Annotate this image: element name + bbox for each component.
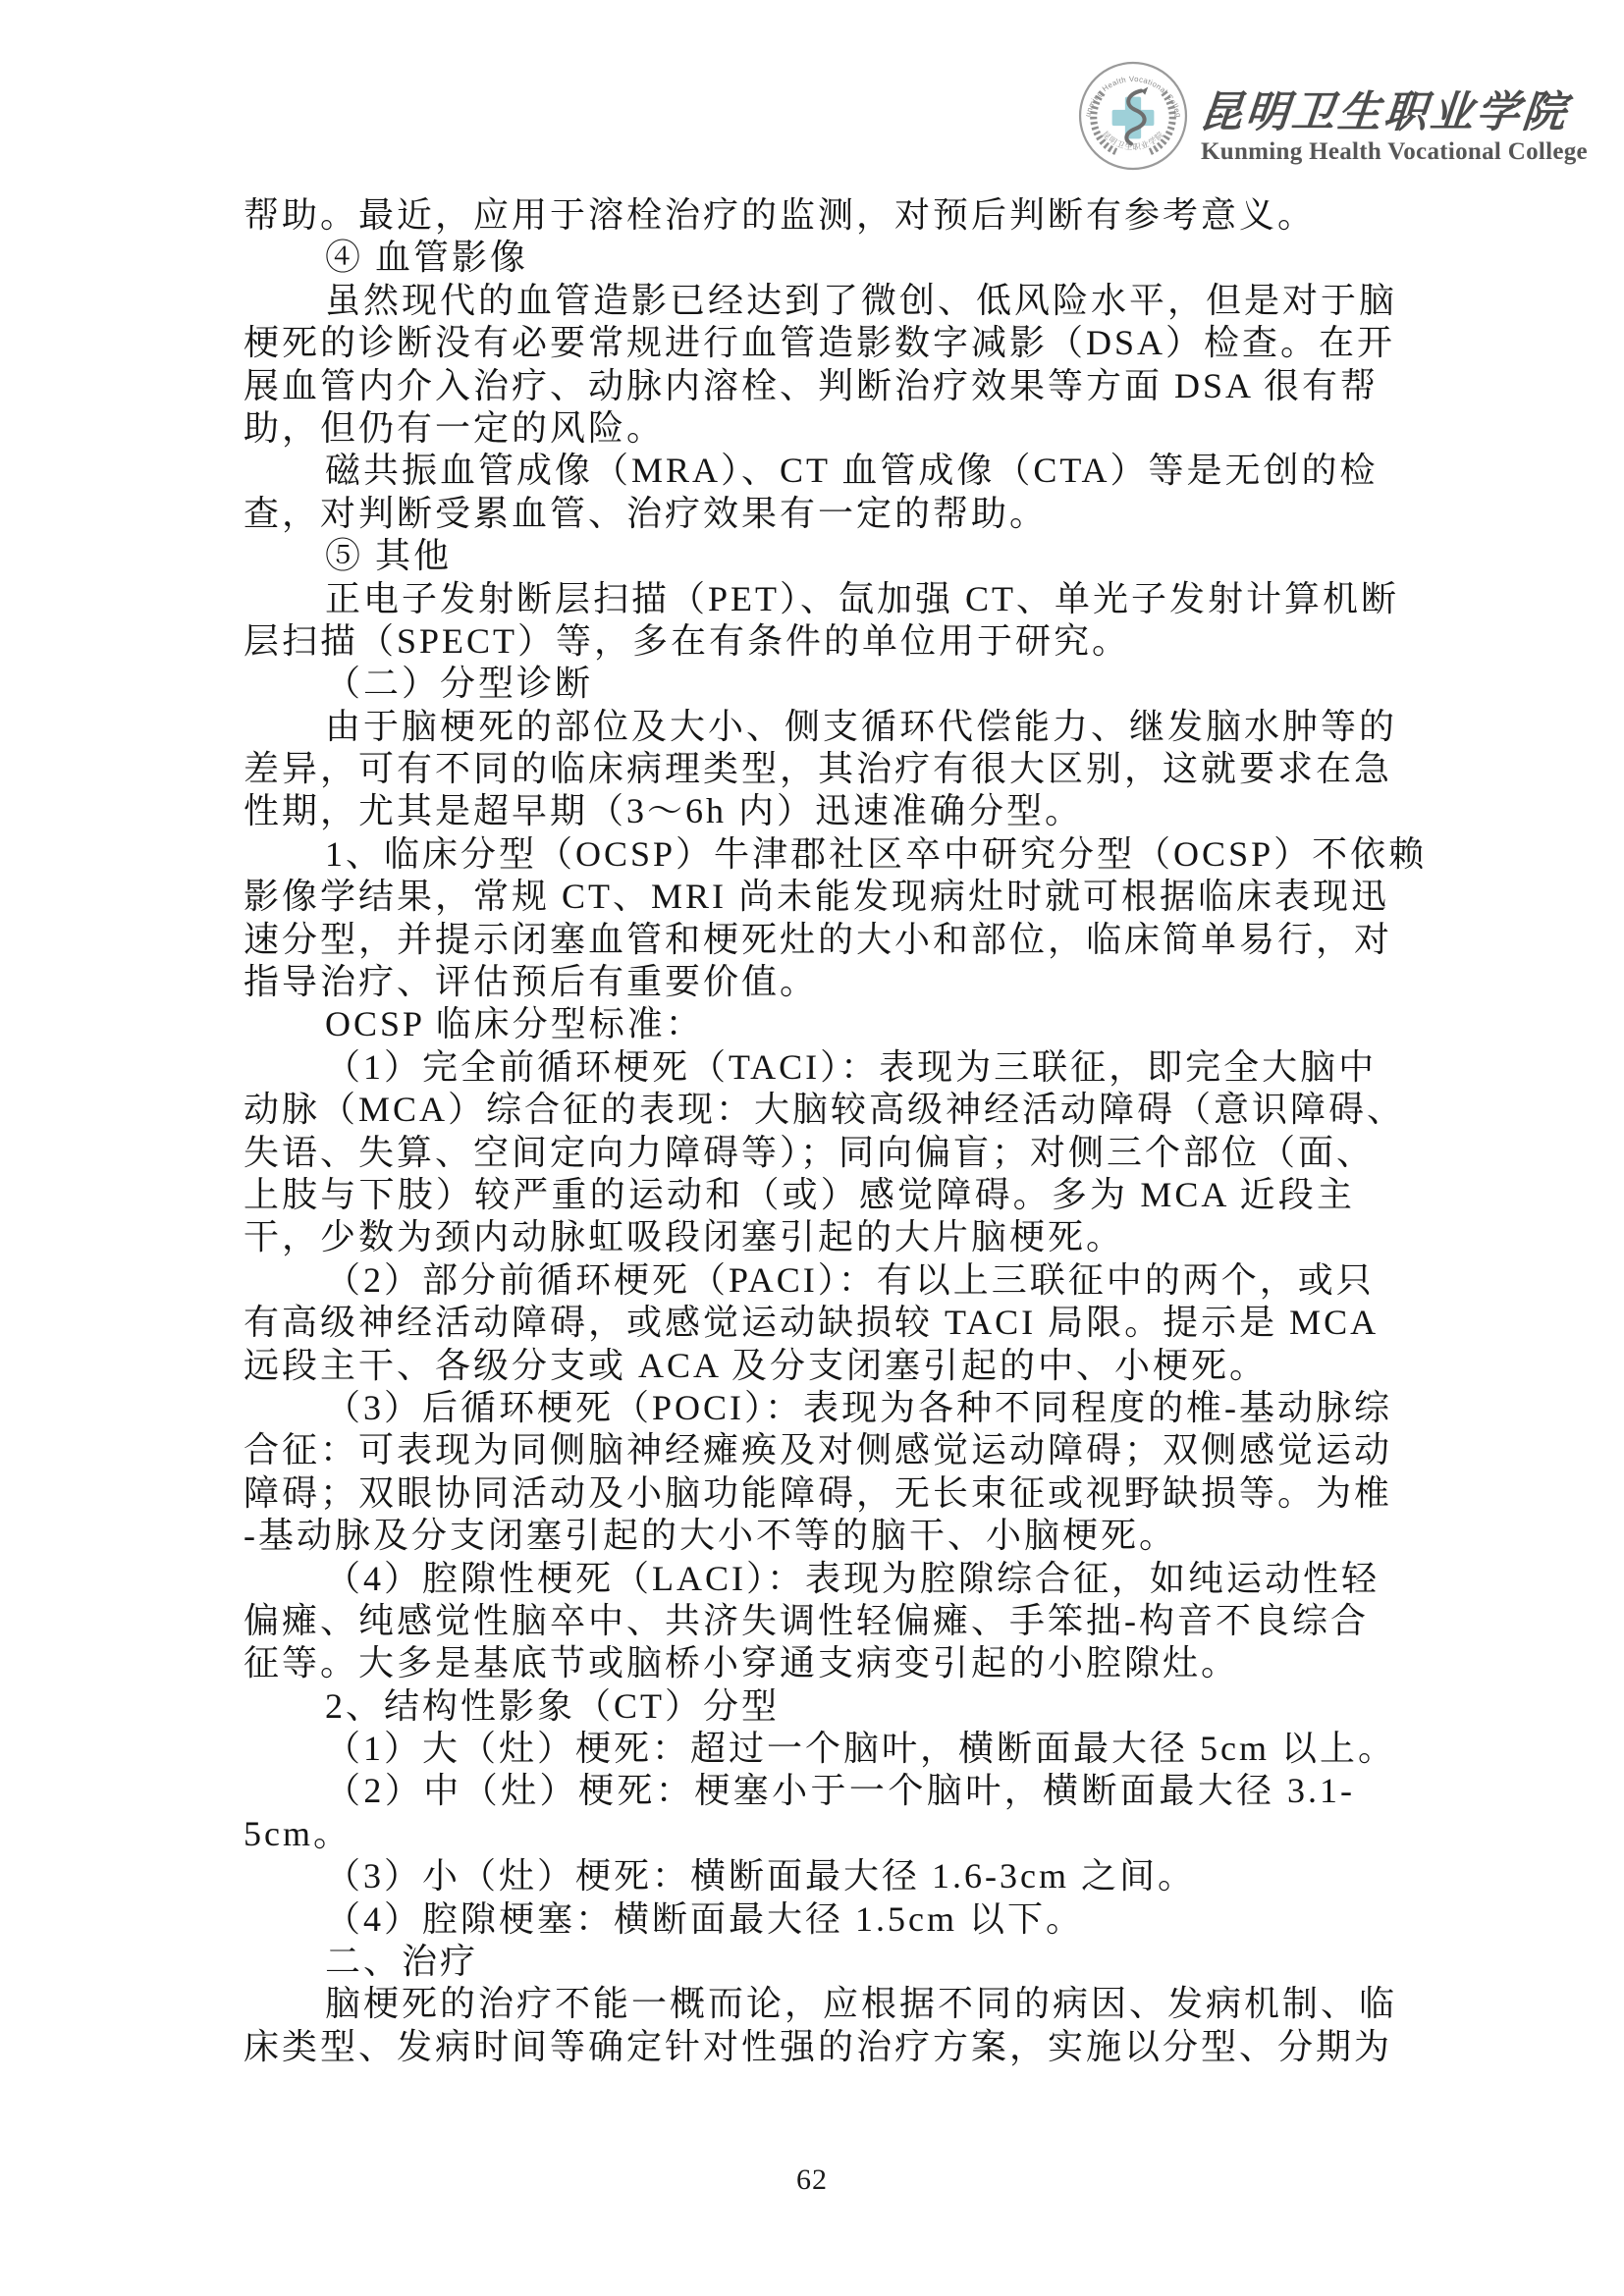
- text-line: （4）腔隙性梗死（LACI）：表现为腔隙综合征，如纯运动性轻: [244, 1558, 1355, 1600]
- text-line: 影像学结果，常规 CT、MRI 尚未能发现病灶时就可根据临床表现迅: [244, 876, 1355, 918]
- text-line: （1）完全前循环梗死（TACI）：表现为三联征，即完全大脑中: [244, 1046, 1355, 1089]
- text-line: 指导治疗、评估预后有重要价值。: [244, 961, 1355, 1003]
- text-line: -基动脉及分支闭塞引起的大小不等的脑干、小脑梗死。: [244, 1515, 1355, 1557]
- text-line: 5cm。: [244, 1813, 1355, 1855]
- document-page: Kunming Health Vocational College 昆明卫生职业…: [0, 0, 1624, 2296]
- text-line: （2）中（灶）梗死：梗塞小于一个脑叶，横断面最大径 3.1-: [244, 1770, 1355, 1812]
- text-line: 展血管内介入治疗、动脉内溶栓、判断治疗效果等方面 DSA 很有帮: [244, 365, 1355, 407]
- text-line: ⑤ 其他: [244, 535, 1355, 577]
- text-line: 远段主干、各级分支或 ACA 及分支闭塞引起的中、小梗死。: [244, 1345, 1355, 1387]
- college-seal-icon: Kunming Health Vocational College 昆明卫生职业…: [1078, 61, 1188, 171]
- text-line: 脑梗死的治疗不能一概而论，应根据不同的病因、发病机制、临: [244, 1983, 1355, 2025]
- page-number: 62: [0, 2163, 1624, 2197]
- text-line: 虽然现代的血管造影已经达到了微创、低风险水平，但是对于脑: [244, 280, 1355, 322]
- text-line: 性期，尤其是超早期（3～6h 内）迅速准确分型。: [244, 790, 1355, 832]
- text-line: 助，但仍有一定的风险。: [244, 407, 1355, 450]
- text-line: 动脉（MCA）综合征的表现：大脑较高级神经活动障碍（意识障碍、: [244, 1089, 1355, 1131]
- text-line: （4）腔隙梗塞：横断面最大径 1.5cm 以下。: [244, 1898, 1355, 1941]
- text-line: ④ 血管影像: [244, 237, 1355, 279]
- text-line: 床类型、发病时间等确定针对性强的治疗方案，实施以分型、分期为: [244, 2026, 1355, 2068]
- text-line: 速分型，并提示闭塞血管和梗死灶的大小和部位，临床简单易行，对: [244, 919, 1355, 961]
- text-line: 失语、失算、空间定向力障碍等）；同向偏盲；对侧三个部位（面、: [244, 1132, 1355, 1174]
- text-line: 2、结构性影象（CT）分型: [244, 1685, 1355, 1728]
- text-line: 层扫描（SPECT）等，多在有条件的单位用于研究。: [244, 620, 1355, 663]
- text-line: 偏瘫、纯感觉性脑卒中、共济失调性轻偏瘫、手笨拙-构音不良综合: [244, 1600, 1355, 1642]
- text-line: （2）部分前循环梗死（PACI）：有以上三联征中的两个，或只: [244, 1259, 1355, 1302]
- college-name-english: Kunming Health Vocational College: [1201, 138, 1574, 166]
- text-line: （3）后循环梗死（POCI）：表现为各种不同程度的椎-基动脉综: [244, 1387, 1355, 1429]
- body-text: 帮助。最近，应用于溶栓治疗的监测，对预后判断有参考意义。④ 血管影像虽然现代的血…: [244, 194, 1355, 2068]
- text-line: （1）大（灶）梗死：超过一个脑叶，横断面最大径 5cm 以上。: [244, 1728, 1355, 1770]
- text-line: 正电子发射断层扫描（PET）、氙加强 CT、单光子发射计算机断: [244, 578, 1355, 620]
- text-line: 帮助。最近，应用于溶栓治疗的监测，对预后判断有参考意义。: [244, 194, 1355, 237]
- text-line: 由于脑梗死的部位及大小、侧支循环代偿能力、继发脑水肿等的: [244, 706, 1355, 748]
- text-line: 二、治疗: [244, 1941, 1355, 1983]
- text-line: 有高级神经活动障碍，或感觉运动缺损较 TACI 局限。提示是 MCA: [244, 1302, 1355, 1344]
- text-line: （二）分型诊断: [244, 663, 1355, 705]
- text-line: 差异，可有不同的临床病理类型，其治疗有很大区别，这就要求在急: [244, 748, 1355, 790]
- text-line: 磁共振血管成像（MRA）、CT 血管成像（CTA）等是无创的检: [244, 450, 1355, 492]
- text-line: 梗死的诊断没有必要常规进行血管造影数字减影（DSA）检查。在开: [244, 322, 1355, 364]
- text-line: 障碍；双眼协同活动及小脑功能障碍，无长束征或视野缺损等。为椎: [244, 1472, 1355, 1515]
- text-line: 合征：可表现为同侧脑神经瘫痪及对侧感觉运动障碍；双侧感觉运动: [244, 1429, 1355, 1471]
- text-line: 征等。大多是基底节或脑桥小穿通支病变引起的小腔隙灶。: [244, 1642, 1355, 1684]
- text-line: 查，对判断受累血管、治疗效果有一定的帮助。: [244, 493, 1355, 535]
- text-line: OCSP 临床分型标准：: [244, 1003, 1355, 1045]
- text-line: 上肢与下肢）较严重的运动和（或）感觉障碍。多为 MCA 近段主: [244, 1174, 1355, 1216]
- text-line: （3）小（灶）梗死：横断面最大径 1.6-3cm 之间。: [244, 1855, 1355, 1897]
- text-line: 干，少数为颈内动脉虹吸段闭塞引起的大片脑梗死。: [244, 1216, 1355, 1258]
- text-line: 1、临床分型（OCSP）牛津郡社区卒中研究分型（OCSP）不依赖: [244, 833, 1355, 876]
- college-name-calligraphy: 昆明卫生职业学院: [1197, 77, 1575, 137]
